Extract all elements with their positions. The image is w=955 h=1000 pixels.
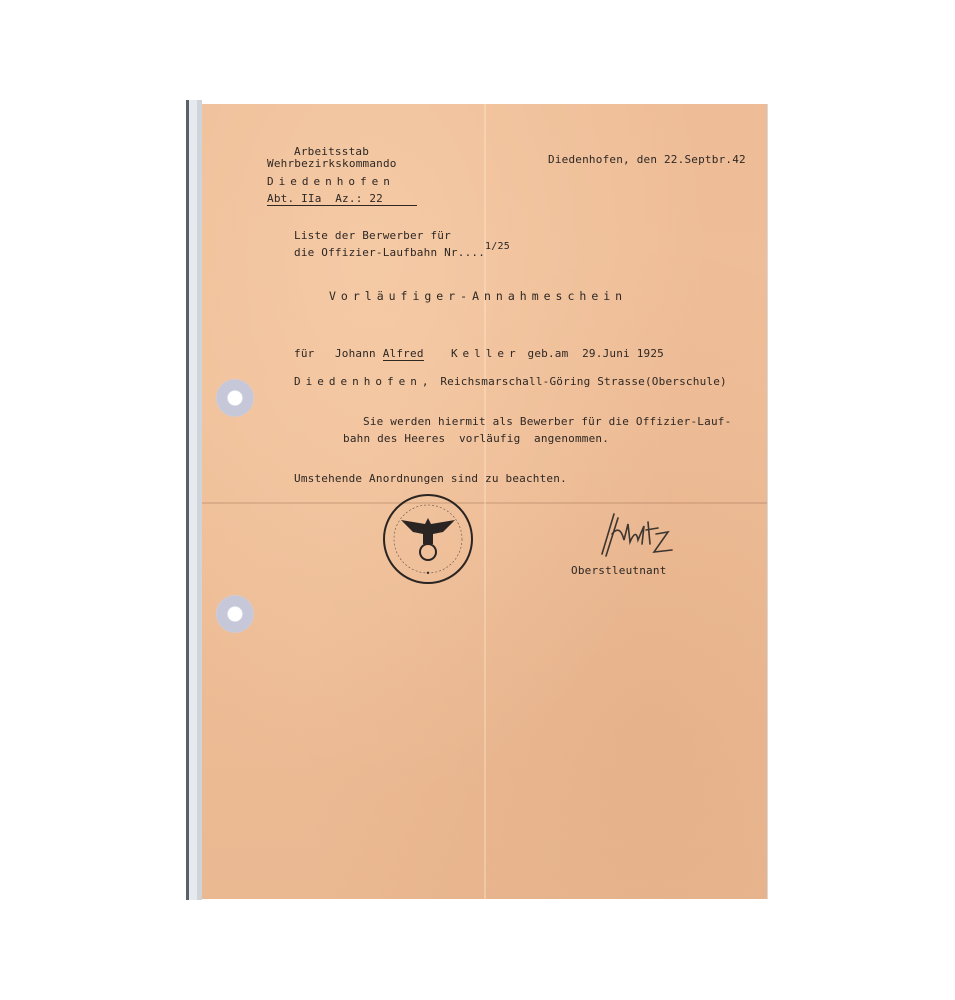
signatory-rank: Oberstleutnant — [571, 564, 667, 577]
binder-strip — [186, 100, 202, 900]
list-number: 1/25 — [485, 241, 510, 252]
header-city: Diedenhofen — [267, 175, 395, 188]
list-line-2: die Offizier-Laufbahn Nr....1/25 — [294, 246, 510, 259]
body-line-1: Sie werden hiermit als Bewerber für die … — [363, 415, 731, 428]
first-name: Johann — [335, 347, 376, 360]
header-wehrbezirkskommando: Wehrbezirkskommando — [267, 157, 397, 170]
fold-line-vertical — [484, 104, 486, 899]
list-line-1: Liste der Berwerber für — [294, 229, 451, 242]
for-label: für — [294, 347, 314, 360]
middle-name: Alfred — [383, 347, 424, 361]
header-reference: Abt. IIa Az.: 22 — [267, 192, 417, 206]
born-label: geb.am — [528, 347, 569, 360]
birth-date: 29.Juni 1925 — [582, 347, 664, 360]
surname: Keller — [451, 347, 521, 360]
official-stamp: • — [381, 492, 475, 586]
list-line-2-dots: ... — [465, 246, 485, 259]
document-title: Vorläufiger-Annahmeschein — [329, 289, 627, 303]
handwritten-signature — [598, 504, 676, 566]
punch-hole-top — [216, 379, 254, 417]
list-line-2-prefix: die Offizier-Laufbahn Nr. — [294, 246, 465, 259]
document-sheet — [202, 104, 767, 899]
punch-hole-bottom — [216, 595, 254, 633]
address-city: Diedenhofen, — [294, 375, 433, 388]
place-date: Diedenhofen, den 22.Septbr.42 — [548, 153, 746, 166]
svg-text:•: • — [426, 569, 431, 578]
note-line: Umstehende Anordnungen sind zu beachten. — [294, 472, 567, 485]
applicant-line: für Johann Alfred Keller geb.am 29.Juni … — [294, 347, 664, 360]
address-street: Reichsmarschall-Göring Strasse(Oberschul… — [440, 375, 727, 388]
body-line-2: bahn des Heeres vorläufig angenommen. — [343, 432, 609, 445]
address-line: Diedenhofen, Reichsmarschall-Göring Stra… — [294, 375, 727, 388]
eagle-emblem-icon — [401, 518, 455, 560]
